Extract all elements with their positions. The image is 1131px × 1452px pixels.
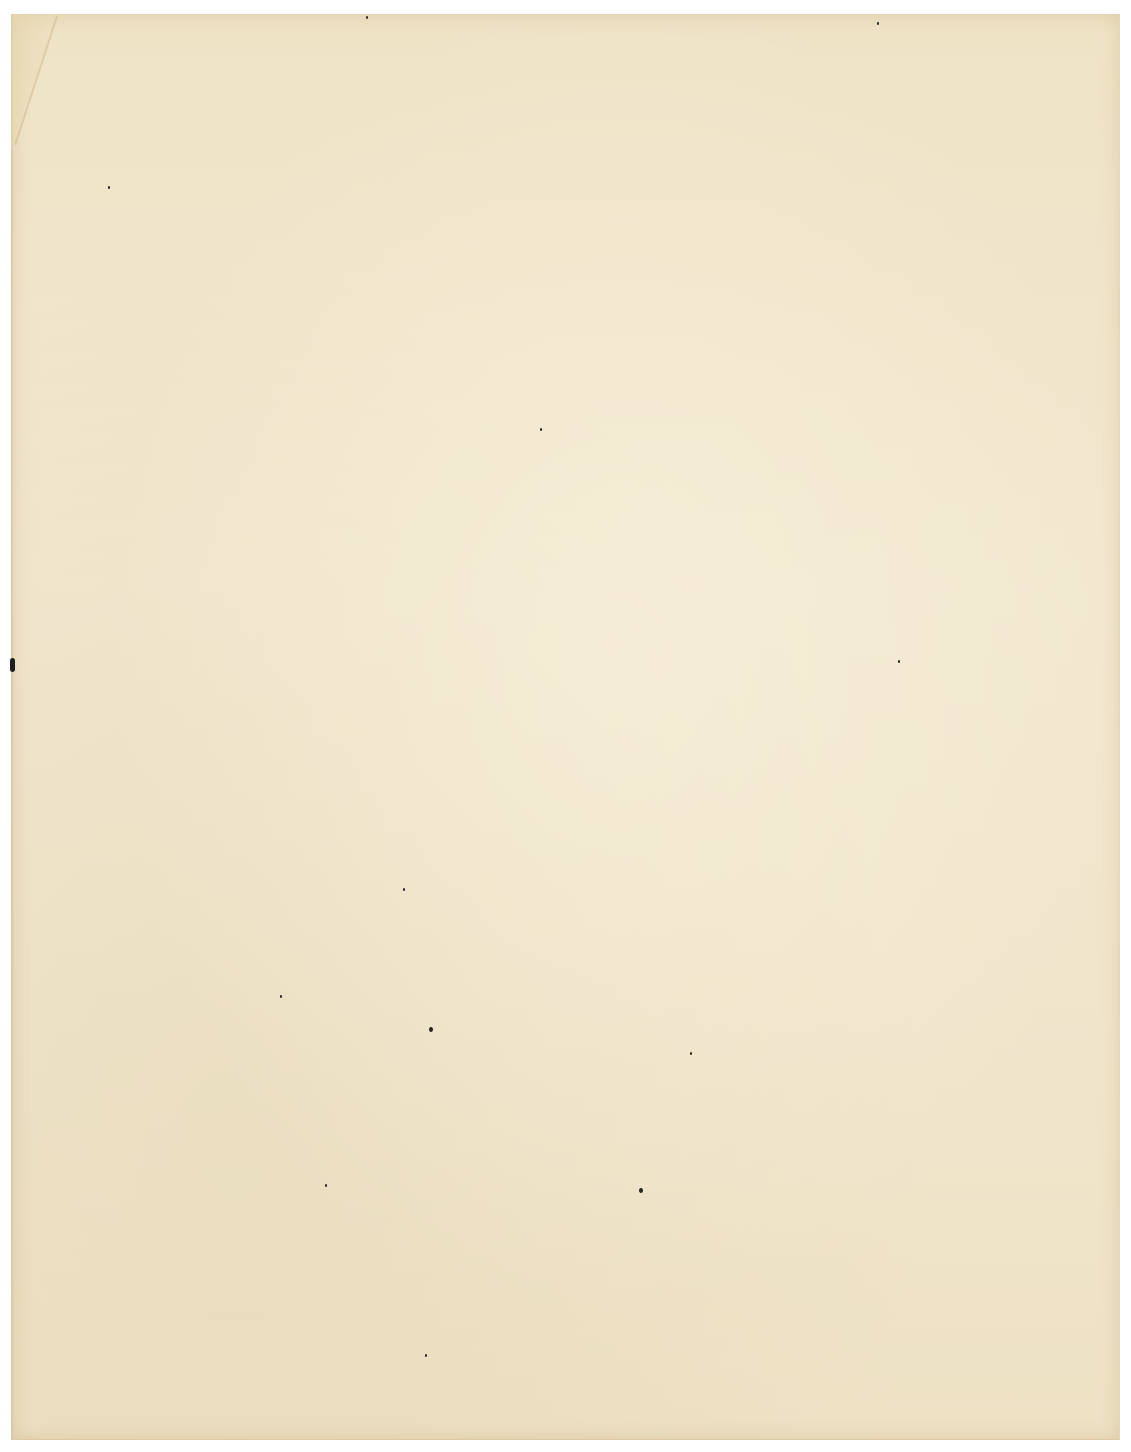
speck bbox=[540, 428, 542, 431]
speck bbox=[425, 1354, 427, 1357]
paper-sheet bbox=[11, 14, 1120, 1440]
speck bbox=[898, 660, 900, 663]
speck bbox=[280, 995, 282, 998]
edge-mark bbox=[10, 658, 15, 672]
speck bbox=[690, 1052, 692, 1055]
speck bbox=[108, 186, 110, 189]
speck bbox=[429, 1027, 433, 1032]
speck bbox=[639, 1188, 643, 1193]
speck bbox=[366, 16, 368, 19]
speck bbox=[403, 888, 405, 891]
speck bbox=[877, 22, 879, 25]
speck bbox=[325, 1184, 327, 1187]
